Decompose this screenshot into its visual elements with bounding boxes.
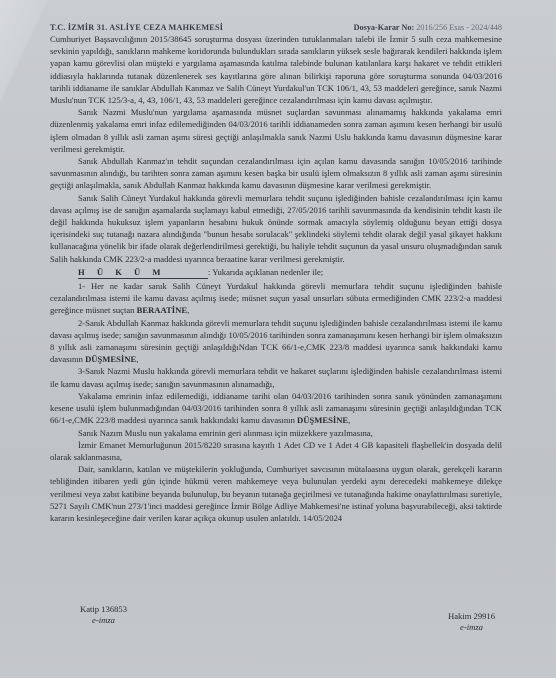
clerk-signature: Katip 136853 e-imza <box>80 604 127 626</box>
file-number: 2016/256 Esas - 2024/448 <box>416 23 502 32</box>
verdict-item-text: 1- Her ne kadar sanık Salih Cüneyt Yurda… <box>50 281 502 315</box>
verdict-item-1: 1- Her ne kadar sanık Salih Cüneyt Yurda… <box>50 280 502 317</box>
paragraph-salih-yurdakul: Sanık Salih Cüneyt Yurdakul hakkında gör… <box>50 192 502 265</box>
file-number-label: Dosya-Karar No: <box>354 23 415 32</box>
verdict-item-tail: , <box>348 415 350 425</box>
clerk-e-signature: e-imza <box>80 615 127 626</box>
verdict-item-tail: , <box>136 354 138 364</box>
paragraph-nazmi-muslu: Sanık Nazmi Muslu'nun yargılama aşamasın… <box>50 106 502 155</box>
verdict-item-evidence: İzmir Emanet Memurluğunun 2015/8220 sıra… <box>50 439 502 463</box>
verdict-item-text: 3-Sanık Nazmi Muslu hakkında görevli mem… <box>50 366 502 388</box>
verdict-item-tail: , <box>187 305 189 315</box>
verdict-item-text: Yakalama emrinin infaz edilemediği, iddi… <box>50 391 502 425</box>
verdict-intro: : Yukarıda açıklanan nedenler ile; <box>208 266 323 278</box>
verdict-keyword: DÜŞMESİNE <box>85 354 136 364</box>
file-number-block: Dosya-Karar No: 2016/256 Esas - 2024/448 <box>354 22 502 33</box>
verdict-closing: Dair, sanıkların, katılan ve müştekileri… <box>50 463 502 524</box>
verdict-item-text: İzmir Emanet Memurluğunun 2015/8220 sıra… <box>50 440 502 462</box>
document-header: T.C. İZMİR 31. ASLİYE CEZA MAHKEMESİ Dos… <box>50 22 502 33</box>
judge-signature: Hakim 29916 e-imza <box>448 611 495 633</box>
verdict-item-text: Dair, sanıkların, katılan ve müştekileri… <box>50 464 502 523</box>
verdict-item-3-cont: Yakalama emrinin infaz edilemediği, iddi… <box>50 390 502 427</box>
verdict-item-2: 2-Sanık Abdullah Kanmaz hakkında görevli… <box>50 317 502 366</box>
verdict-heading-row: H Ü K Ü M : Yukarıda açıklanan nedenler … <box>78 266 502 279</box>
verdict-heading: H Ü K Ü M <box>78 266 208 279</box>
verdict-item-warrant: Sanık Nazım Muslu nun yakalama emrinin g… <box>50 427 502 439</box>
paragraph-abdullah-kanmaz: Sanık Abdullah Kanmaz'ın tehdit suçundan… <box>50 155 502 192</box>
verdict-keyword: DÜŞMESİNE <box>297 415 348 425</box>
verdict-item-text: Sanık Nazım Muslu nun yakalama emrinin g… <box>78 428 373 438</box>
clerk-title: Katip 136853 <box>80 604 127 615</box>
court-name: T.C. İZMİR 31. ASLİYE CEZA MAHKEMESİ <box>50 22 223 33</box>
verdict-keyword: BERAATİNE <box>137 305 187 315</box>
verdict-item-3: 3-Sanık Nazmi Muslu hakkında görevli mem… <box>50 365 502 389</box>
document-page: T.C. İZMİR 31. ASLİYE CEZA MAHKEMESİ Dos… <box>0 0 556 678</box>
court-decision: T.C. İZMİR 31. ASLİYE CEZA MAHKEMESİ Dos… <box>50 22 502 524</box>
judge-e-signature: e-imza <box>448 622 495 633</box>
paragraph-indictment: Cumhuriyet Başsavcılığının 2015/38645 so… <box>50 33 502 106</box>
judge-title: Hakim 29916 <box>448 611 495 622</box>
